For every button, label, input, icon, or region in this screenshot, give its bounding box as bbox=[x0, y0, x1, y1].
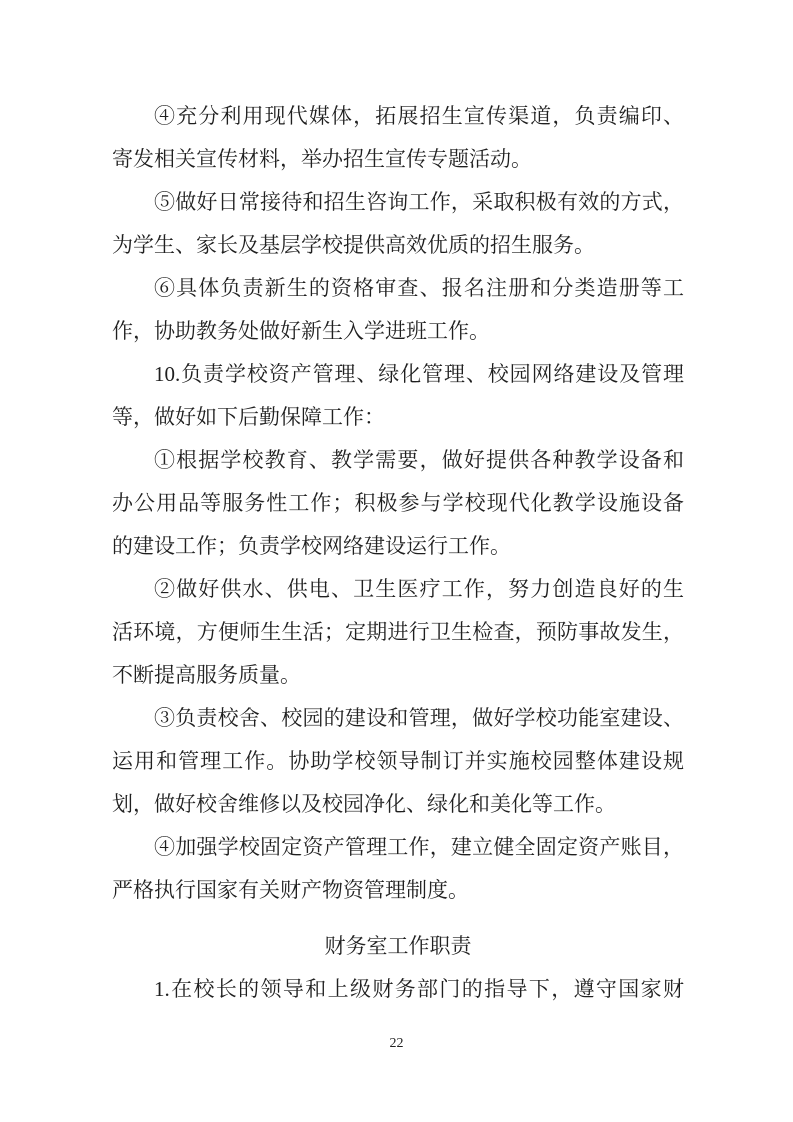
text-line: ⑤做好日常接待和招生咨询工作，采取积极有效的方式， bbox=[112, 181, 684, 224]
text-line: 运用和管理工作。协助学校领导制订并实施校园整体建设规 bbox=[112, 740, 684, 783]
text-line: 等，做好如下后勤保障工作： bbox=[112, 396, 684, 439]
text-line: 10.负责学校资产管理、绿化管理、校园网络建设及管理 bbox=[112, 353, 684, 396]
text-line: ②做好供水、供电、卫生医疗工作，努力创造良好的生 bbox=[112, 568, 684, 611]
text-line: 1.在校长的领导和上级财务部门的指导下，遵守国家财 bbox=[112, 968, 684, 1011]
text-line: 作，协助教务处做好新生入学进班工作。 bbox=[112, 310, 684, 353]
text-line: ⑥具体负责新生的资格审查、报名注册和分类造册等工 bbox=[112, 267, 684, 310]
text-line: ④充分利用现代媒体，拓展招生宣传渠道，负责编印、 bbox=[112, 95, 684, 138]
text-line: ④加强学校固定资产管理工作，建立健全固定资产账目， bbox=[112, 826, 684, 869]
document-page: ④充分利用现代媒体，拓展招生宣传渠道，负责编印、寄发相关宣传材料，举办招生宣传专… bbox=[0, 0, 793, 1122]
text-line: 严格执行国家有关财产物资管理制度。 bbox=[112, 869, 684, 912]
page-number: 22 bbox=[0, 1036, 793, 1052]
section-heading: 财务室工作职责 bbox=[112, 925, 684, 968]
text-line: 办公用品等服务性工作；积极参与学校现代化教学设施设备 bbox=[112, 482, 684, 525]
text-line: ①根据学校教育、教学需要，做好提供各种教学设备和 bbox=[112, 439, 684, 482]
text-line: 划，做好校舍维修以及校园净化、绿化和美化等工作。 bbox=[112, 783, 684, 826]
text-line: 活环境，方便师生生活；定期进行卫生检查，预防事故发生， bbox=[112, 611, 684, 654]
text-line: 的建设工作；负责学校网络建设运行工作。 bbox=[112, 525, 684, 568]
text-line: 不断提高服务质量。 bbox=[112, 654, 684, 697]
document-body: ④充分利用现代媒体，拓展招生宣传渠道，负责编印、寄发相关宣传材料，举办招生宣传专… bbox=[112, 95, 684, 1011]
text-line: ③负责校舍、校园的建设和管理，做好学校功能室建设、 bbox=[112, 697, 684, 740]
text-line: 寄发相关宣传材料，举办招生宣传专题活动。 bbox=[112, 138, 684, 181]
text-line: 为学生、家长及基层学校提供高效优质的招生服务。 bbox=[112, 224, 684, 267]
